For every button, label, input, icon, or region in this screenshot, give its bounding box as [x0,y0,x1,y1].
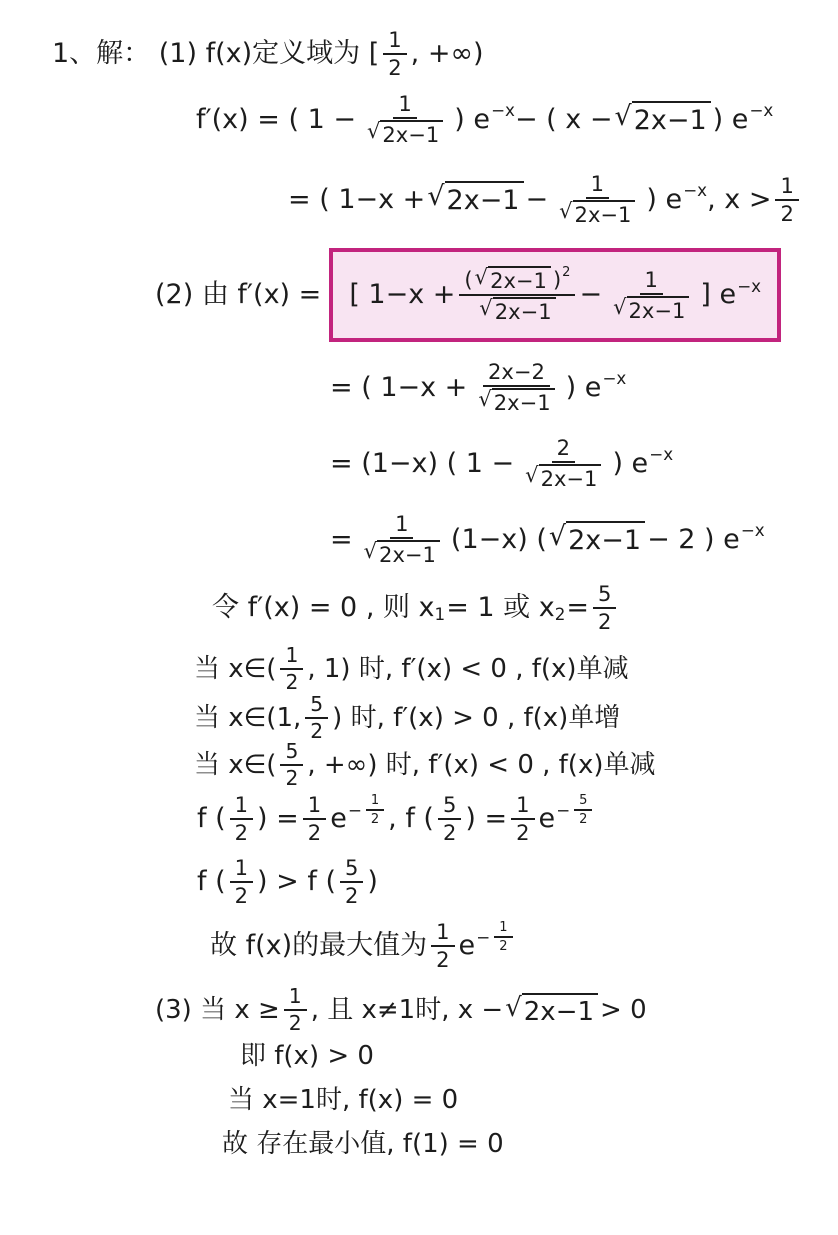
numerator: 1 [431,920,454,947]
radical-icon: √ [613,295,626,322]
critical-points: 令 f′(x) = 0 , 则 x1 = 1 或 x2 = 52 [212,582,620,634]
superscript: −12 [348,793,388,827]
denominator: √2x−1 [360,119,450,147]
radical-icon: √ [505,992,522,1028]
math-text: ) e [454,103,490,137]
square-root: √2x−1 [559,200,635,227]
radical-icon: √ [367,119,380,146]
denominator: 2 [340,883,363,908]
math-text: ) 时, f′(x) > 0 , f(x)单增 [332,702,620,735]
denominator: √2x−1 [472,296,562,324]
fraction: 12 [511,793,534,845]
math-text: e [330,802,347,836]
superscript: −x [737,276,761,297]
radical-icon: √ [478,387,491,414]
step3-x-equals-1: 当 x=1时, f(x) = 0 [228,1084,458,1117]
math-text: ( [464,268,472,292]
radicand: 2x−1 [566,521,645,558]
fraction: 12 [303,793,326,845]
superscript: −52 [556,793,596,827]
fraction: (√2x−1)2√2x−1 [459,266,575,324]
fraction: 52 [305,693,328,744]
math-text: ] e [700,278,736,312]
numerator: 2x−2 [483,360,550,387]
square-root: √2x−1 [613,296,689,323]
denominator: √2x−1 [552,199,642,227]
math-text: e [459,929,476,963]
numerator: 5 [305,693,328,719]
square-root: √2x−1 [367,120,443,147]
math-text: ) = [465,802,507,836]
square-root: √2x−1 [614,101,710,138]
radical-icon: √ [549,520,566,557]
subscript: 2 [555,604,566,625]
math-text: 当 x∈( [194,653,276,686]
numerator: 1 [383,28,406,55]
square-root: √2x−1 [479,297,555,324]
math-text: − ( x − [515,103,613,137]
step3-min-conclusion: 故 存在最小值, f(1) = 0 [222,1128,504,1161]
denominator: 2 [593,609,616,634]
radical-icon: √ [614,100,631,137]
numerator: 5 [438,793,461,820]
denominator: √2x−1 [471,387,561,415]
math-text: = (1−x) ( 1 − [330,447,514,481]
radical-icon: √ [525,463,538,490]
interval-1: 当 x∈(12, 1) 时, f′(x) < 0 , f(x)单减 [194,644,629,695]
math-text: = ( 1−x + [288,183,425,217]
math-text: 故 f(x)的最大值为 [210,929,427,963]
math-text: f ( [197,802,226,836]
denominator: 2 [230,820,253,845]
numerator: (√2x−1)2 [459,266,575,296]
fraction: 52 [593,582,616,634]
step2-factor-1: = (1−x) ( 1 − 2√2x−1 ) e−x [330,436,673,491]
radicand: 2x−1 [493,297,556,324]
fraction: 1√2x−1 [606,268,696,323]
fraction: 1√2x−1 [357,512,447,567]
math-text: 1、解： (1) f(x)定义域为 [ [52,37,379,71]
numerator: 1 [280,644,303,670]
math-text: − [579,278,602,312]
math-text: ) [367,865,378,899]
numerator: 1 [640,268,663,295]
square-root: √2x−1 [475,266,551,293]
denominator: √2x−1 [518,463,608,491]
denominator: 2 [431,947,454,972]
numerator: 1 [586,172,609,199]
math-text: , x > [707,183,771,217]
numerator: 5 [574,793,592,811]
fraction: 12 [494,920,512,954]
denominator: 2 [280,766,303,790]
numerator: 1 [393,92,416,119]
radicand: 2x−1 [380,120,443,147]
math-text: 即 f(x) > 0 [240,1040,374,1073]
radical-icon: √ [559,199,572,226]
fraction: 1√2x−1 [360,92,450,147]
fraction: 12 [280,644,303,695]
denominator: 2 [511,820,534,845]
math-text: 当 x=1时, f(x) = 0 [228,1084,458,1117]
math-text: ) > f ( [257,865,336,899]
radicand: 2x−1 [573,200,636,227]
square-root: √2x−1 [505,993,598,1029]
math-text: ) e [646,183,682,217]
radicand: 2x−1 [539,464,602,491]
math-text: (1−x) ( [451,523,547,557]
numerator: 1 [284,985,307,1011]
radical-icon: √ [479,296,492,323]
math-text: = 1 或 x [446,591,555,625]
step1-derivative-simplified: = ( 1−x + √2x−1 − 1√2x−1 ) e−x , x > 12 [288,172,803,227]
square-root: √2x−1 [549,521,645,558]
math-text: = [566,591,589,625]
highlight-box: [ 1−x + (√2x−1)2√2x−1 − 1√2x−1 ] e−x [329,248,781,342]
superscript: −12 [476,920,516,954]
fraction: 52 [574,793,592,827]
math-text: − [476,927,490,948]
radicand: 2x−1 [492,388,555,415]
math-text: (3) 当 x ≥ [155,994,280,1027]
denominator: 2 [383,55,406,80]
math-text: ) = [257,802,299,836]
fraction: 52 [438,793,461,845]
math-text: − [348,800,362,821]
step1-domain: 1、解： (1) f(x)定义域为 [12, +∞) [52,28,484,80]
fraction: 52 [340,856,363,908]
math-text: [ 1−x + [349,278,455,312]
superscript: −x [741,520,765,541]
endpoint-values: f (12) = 12e−12 , f (52) = 12e−52 [197,793,596,845]
square-root: √2x−1 [525,464,601,491]
math-text: , f ( [388,802,434,836]
math-text: = [330,523,353,557]
superscript: −x [749,100,773,121]
math-text: ) e [713,103,749,137]
denominator: 2 [366,811,384,827]
radicand: 2x−1 [522,993,598,1029]
math-text: e [539,802,556,836]
math-text: ) [553,268,561,292]
numerator: 1 [230,856,253,883]
numerator: 2 [552,436,575,463]
math-text: , +∞) [411,37,484,71]
math-text: 当 x∈(1, [194,702,301,735]
fraction: 12 [366,793,384,827]
numerator: 1 [230,793,253,820]
math-text: ) e [612,447,648,481]
denominator: 2 [284,1011,307,1035]
superscript: −x [491,100,515,121]
step2-derivative-boxed: (2) 由 f′(x) =[ 1−x + (√2x−1)2√2x−1 − 1√2… [155,248,781,342]
superscript: −x [649,444,673,465]
square-root: √2x−1 [427,181,523,218]
math-text: f ( [197,865,226,899]
radicand: 2x−1 [627,296,690,323]
fraction: 2x−2√2x−1 [471,360,561,415]
math-text: , 1) 时, f′(x) < 0 , f(x)单减 [307,653,628,686]
math-text: 故 存在最小值, f(1) = 0 [222,1128,504,1161]
denominator: √2x−1 [357,539,447,567]
fraction: 12 [383,28,406,80]
superscript: −x [683,180,707,201]
denominator: 2 [303,820,326,845]
radical-icon: √ [475,265,488,292]
subscript: 1 [435,604,446,625]
radical-icon: √ [364,539,377,566]
math-text: − 2 ) e [647,523,740,557]
step3-f-positive: 即 f(x) > 0 [240,1040,374,1073]
math-text: 当 x∈( [194,749,276,782]
denominator: √2x−1 [606,295,696,323]
math-text: f′(x) = ( 1 − [196,103,356,137]
numerator: 1 [390,512,413,539]
numerator: 1 [775,174,798,201]
square-root: √2x−1 [478,388,554,415]
fraction: 1√2x−1 [552,172,642,227]
denominator: 2 [574,811,592,827]
compare-values: f (12) > f (52) [197,856,378,908]
superscript: −x [602,368,626,389]
denominator: 2 [230,883,253,908]
square-root: √2x−1 [364,540,440,567]
radicand: 2x−1 [632,101,711,138]
fraction: 12 [775,174,798,226]
numerator: 1 [511,793,534,820]
math-text: , +∞) 时, f′(x) < 0 , f(x)单减 [307,749,655,782]
math-text: 令 f′(x) = 0 , 则 x [212,591,435,625]
denominator: 2 [494,938,512,954]
radicand: 2x−1 [445,181,524,218]
denominator: 2 [280,670,303,694]
math-text: , 且 x≠1时, x − [311,994,503,1027]
fraction: 12 [230,793,253,845]
fraction: 52 [280,740,303,791]
numerator: 1 [366,793,384,811]
fraction: 12 [431,920,454,972]
interval-3: 当 x∈(52, +∞) 时, f′(x) < 0 , f(x)单减 [194,740,655,791]
math-text: > 0 [600,994,647,1027]
numerator: 5 [280,740,303,766]
step3-case-x-ne-1: (3) 当 x ≥ 12 , 且 x≠1时, x − √2x−1 > 0 [155,985,647,1036]
numerator: 5 [593,582,616,609]
math-text: − [556,800,570,821]
step1-derivative: f′(x) = ( 1 − 1√2x−1 ) e−x − ( x − √2x−1… [196,92,773,147]
fraction: 12 [230,856,253,908]
math-text: (2) 由 f′(x) = [155,278,321,312]
numerator: 1 [303,793,326,820]
radical-icon: √ [427,180,444,217]
step2-simplify: = ( 1−x + 2x−2√2x−1 ) e−x [330,360,626,415]
numerator: 1 [494,920,512,938]
fraction: 2√2x−1 [518,436,608,491]
math-text: ) e [566,371,602,405]
handwritten-solution-page: 1、解： (1) f(x)定义域为 [12, +∞)f′(x) = ( 1 − … [0,0,838,1235]
math-text: − [526,183,549,217]
max-value-conclusion: 故 f(x)的最大值为 12e−12 [210,920,517,972]
step2-factor-2: = 1√2x−1 (1−x) ( √2x−1 − 2 ) e−x [330,512,765,567]
numerator: 5 [340,856,363,883]
denominator: 2 [438,820,461,845]
denominator: 2 [775,201,798,226]
radicand: 2x−1 [377,540,440,567]
superscript: 2 [562,265,570,280]
radicand: 2x−1 [488,266,551,293]
math-text: = ( 1−x + [330,371,467,405]
fraction: 12 [284,985,307,1036]
interval-2: 当 x∈(1, 52) 时, f′(x) > 0 , f(x)单增 [194,693,620,744]
